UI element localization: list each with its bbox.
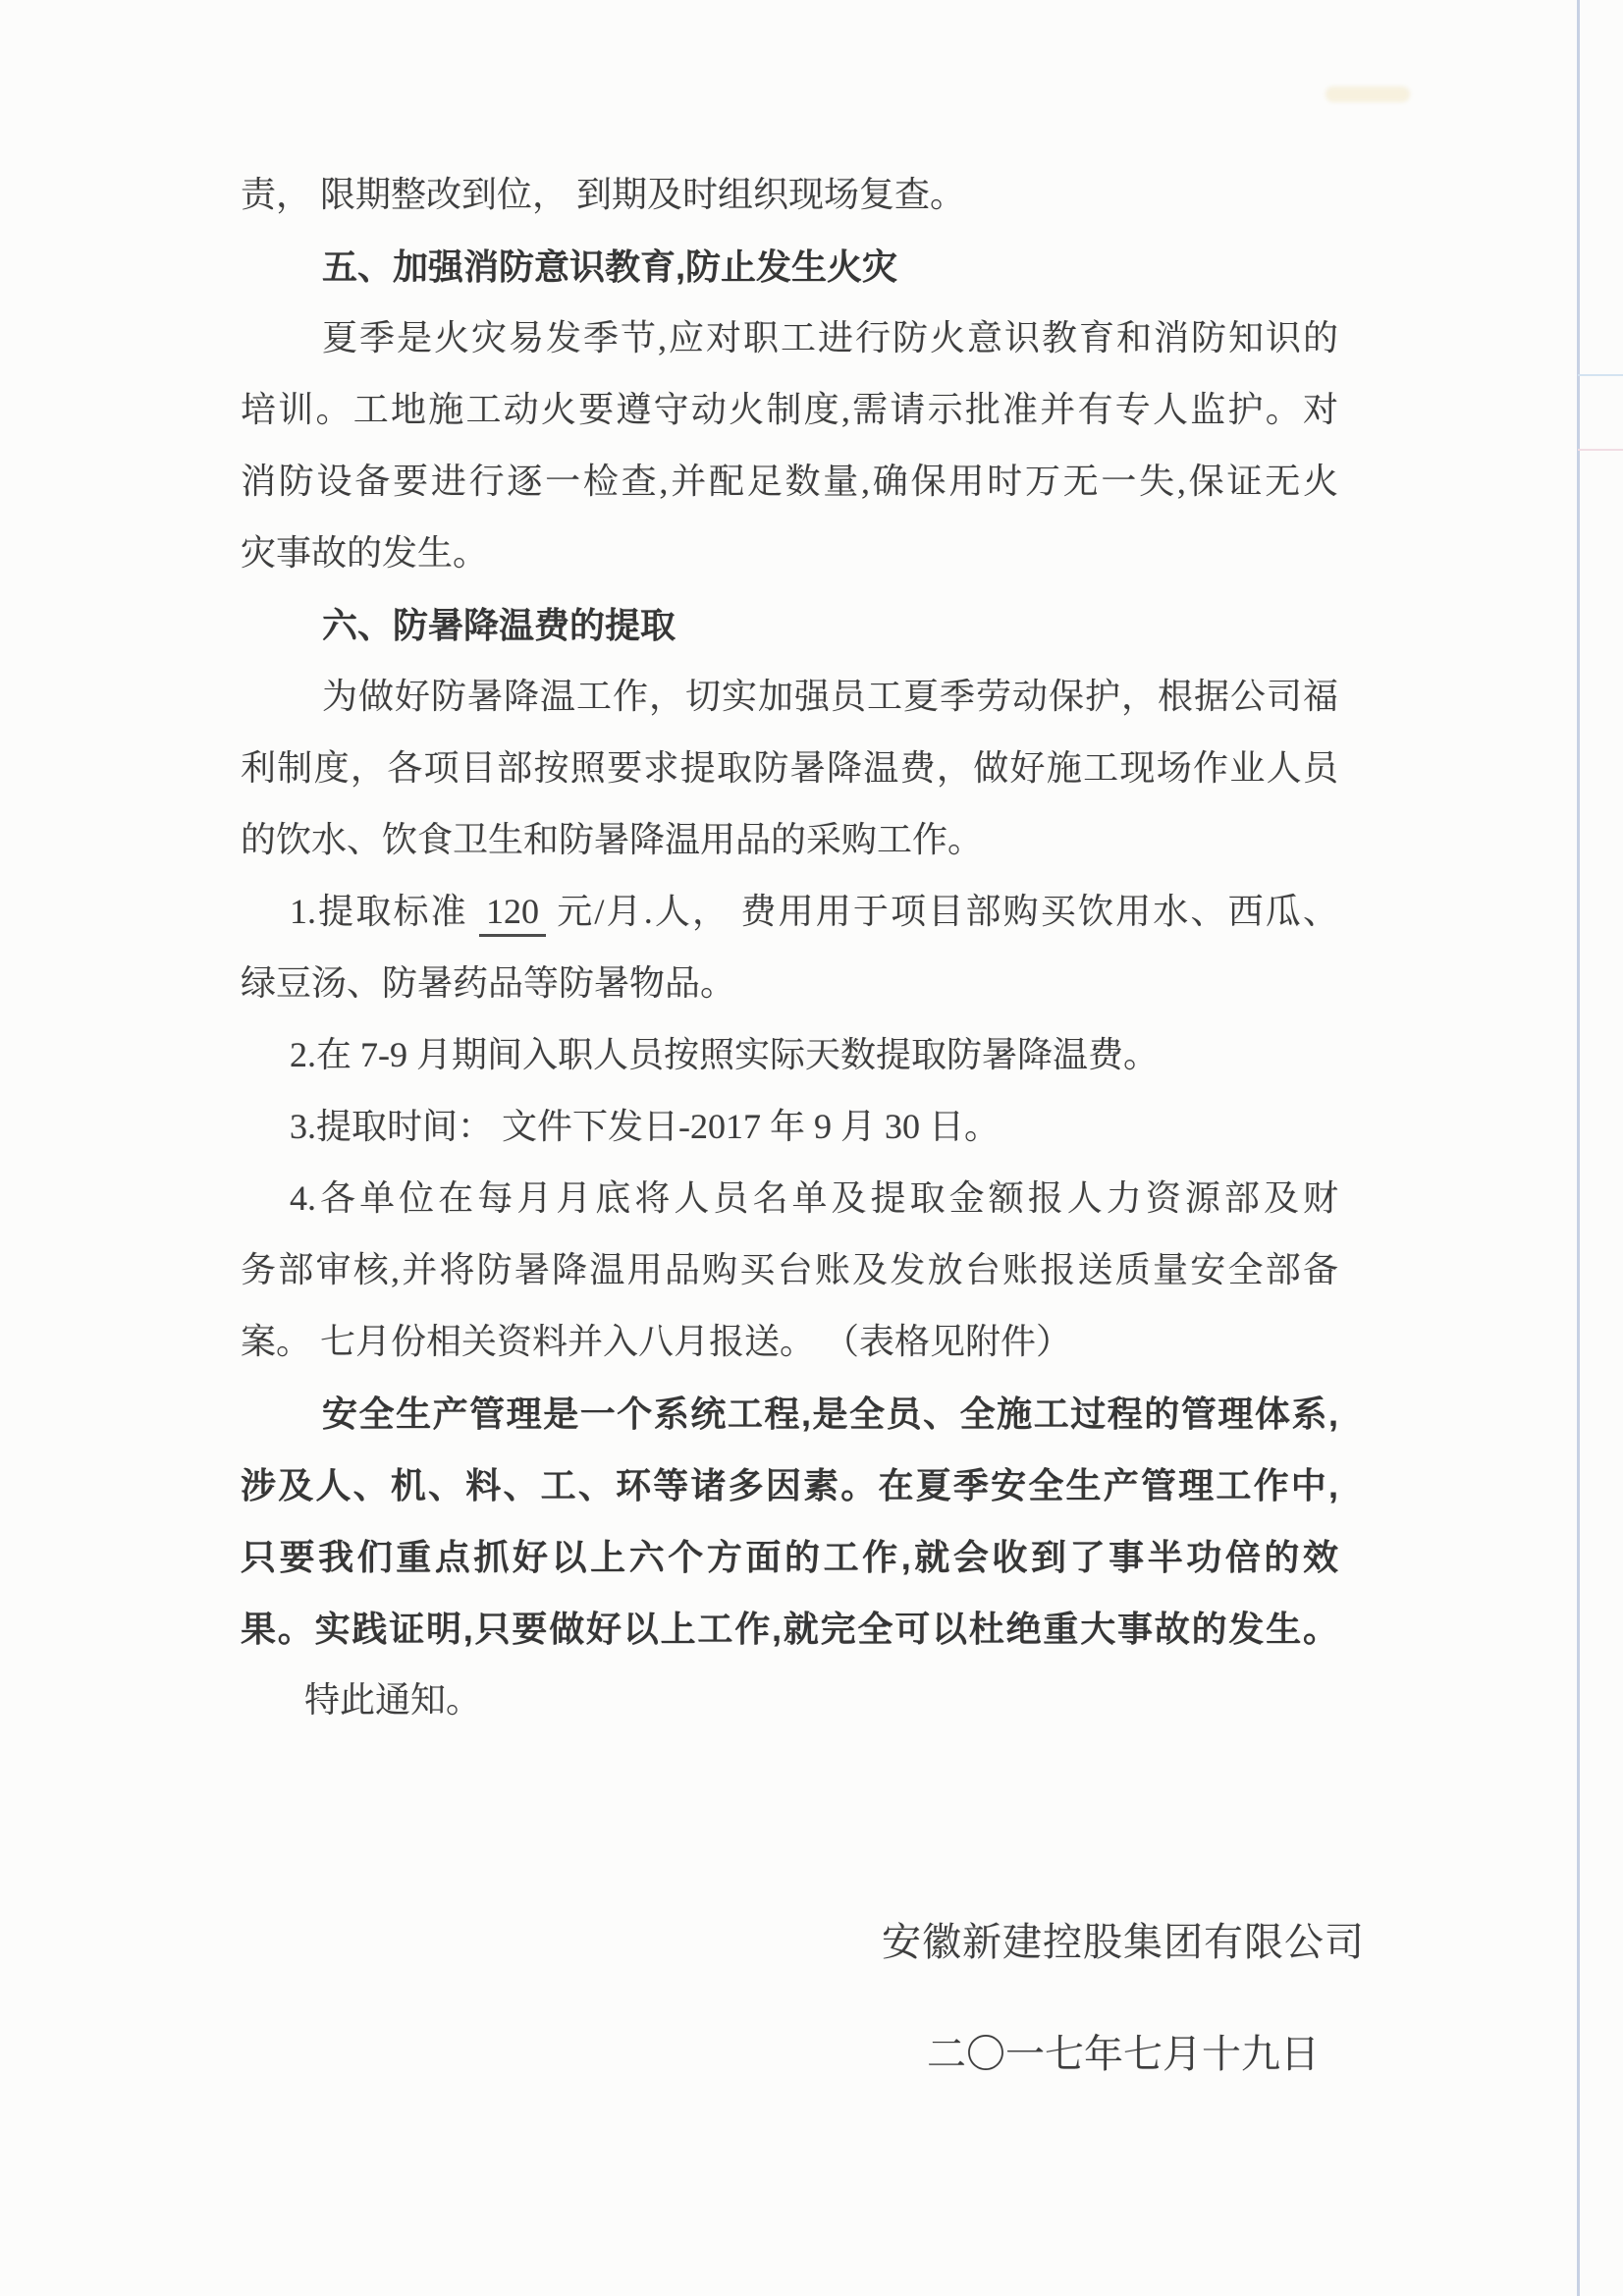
- heading-section-6: 六、防暑降温费的提取: [241, 589, 1338, 661]
- text-line: 涉及人、机、料、工、环等诸多因素。在夏季安全生产管理工作中,: [241, 1449, 1338, 1521]
- section-5-heading: 五、加强消防意识教育,防止发生火灾: [241, 231, 1338, 302]
- signature-date: 二〇一七年七月十九日: [927, 2023, 1320, 2079]
- text-line: 2.在 7-9 月期间入职人员按照实际天数提取防暑降温费。: [241, 1019, 1338, 1091]
- text-line: 灾事故的发生。: [241, 518, 1338, 589]
- heading-section-5: 五、加强消防意识教育,防止发生火灾: [241, 231, 1338, 302]
- paragraph-fire-safety: 夏季是火灾易发季节,应对职工进行防火意识教育和消防知识的 培训。工地施工动火要遵…: [241, 302, 1338, 589]
- list-item-4: 4.各单位在每月月底将人员名单及提取金额报人力资源部及财 务部审核,并将防暑降温…: [241, 1163, 1338, 1378]
- text-line: 4.各单位在每月月底将人员名单及提取金额报人力资源部及财: [241, 1163, 1338, 1234]
- notice-line: 特此通知。: [241, 1665, 1338, 1736]
- text-line: 果。实践证明,只要做好以上工作,就完全可以杜绝重大事故的发生。: [241, 1593, 1338, 1665]
- scan-artifact-smudge: [1325, 86, 1410, 102]
- text-line: 为做好防暑降温工作，切实加强员工夏季劳动保护，根据公司福: [241, 661, 1338, 733]
- text-line: 案。 七月份相关资料并入八月报送。 （表格见附件）: [241, 1306, 1338, 1378]
- item1-prefix: 1.提取标准: [290, 892, 479, 931]
- text-line: 安全生产管理是一个系统工程,是全员、全施工过程的管理体系,: [241, 1378, 1338, 1449]
- text-line: 绿豆汤、防暑药品等防暑物品。: [241, 948, 1338, 1019]
- text-line: 夏季是火灾易发季节,应对职工进行防火意识教育和消防知识的: [241, 302, 1338, 374]
- list-item-2: 2.在 7-9 月期间入职人员按照实际天数提取防暑降温费。: [241, 1019, 1338, 1091]
- item1-underlined-amount: 120: [479, 892, 546, 937]
- scan-artifact-blue-streak: [1578, 374, 1623, 376]
- paragraph-closing-summary: 安全生产管理是一个系统工程,是全员、全施工过程的管理体系, 涉及人、机、料、工、…: [241, 1378, 1338, 1665]
- text-line: 的饮水、饮食卫生和防暑降温用品的采购工作。: [241, 804, 1338, 876]
- scan-artifact-pink-streak: [1578, 449, 1623, 451]
- signature-company-name: 安徽新建控股集团有限公司: [882, 1911, 1365, 1967]
- item1-suffix: 元/月.人， 费用用于项目部购买饮用水、西瓜、: [546, 892, 1338, 931]
- paragraph-heat-allowance-intro: 为做好防暑降温工作，切实加强员工夏季劳动保护，根据公司福 利制度，各项目部按照要…: [241, 661, 1338, 876]
- text-line: 消防设备要进行逐一检查,并配足数量,确保用时万无一失,保证无火: [241, 446, 1338, 518]
- document-body: 责， 限期整改到位， 到期及时组织现场复查。 五、加强消防意识教育,防止发生火灾…: [241, 159, 1338, 1736]
- text-line: 1.提取标准 120 元/月.人， 费用用于项目部购买饮用水、西瓜、: [241, 876, 1338, 948]
- text-line: 只要我们重点抓好以上六个方面的工作,就会收到了事半功倍的效: [241, 1521, 1338, 1593]
- paragraph-notice: 特此通知。: [241, 1665, 1338, 1736]
- scanned-document-page: 责， 限期整改到位， 到期及时组织现场复查。 五、加强消防意识教育,防止发生火灾…: [0, 0, 1623, 2296]
- scan-artifact-vertical-line: [1577, 0, 1580, 2296]
- text-line: 务部审核,并将防暑降温用品购买台账及发放台账报送质量安全部备: [241, 1234, 1338, 1306]
- text-line: 培训。工地施工动火要遵守动火制度,需请示批准并有专人监护。对: [241, 374, 1338, 446]
- list-item-3: 3.提取时间： 文件下发日-2017 年 9 月 30 日。: [241, 1091, 1338, 1163]
- text-line: 利制度，各项目部按照要求提取防暑降温费，做好施工现场作业人员: [241, 733, 1338, 804]
- paragraph-recheck-continuation: 责， 限期整改到位， 到期及时组织现场复查。: [241, 159, 1338, 231]
- list-item-1: 1.提取标准 120 元/月.人， 费用用于项目部购买饮用水、西瓜、 绿豆汤、防…: [241, 876, 1338, 1019]
- text-line: 3.提取时间： 文件下发日-2017 年 9 月 30 日。: [241, 1091, 1338, 1163]
- section-6-heading: 六、防暑降温费的提取: [241, 589, 1338, 661]
- text-line: 责， 限期整改到位， 到期及时组织现场复查。: [241, 159, 1338, 231]
